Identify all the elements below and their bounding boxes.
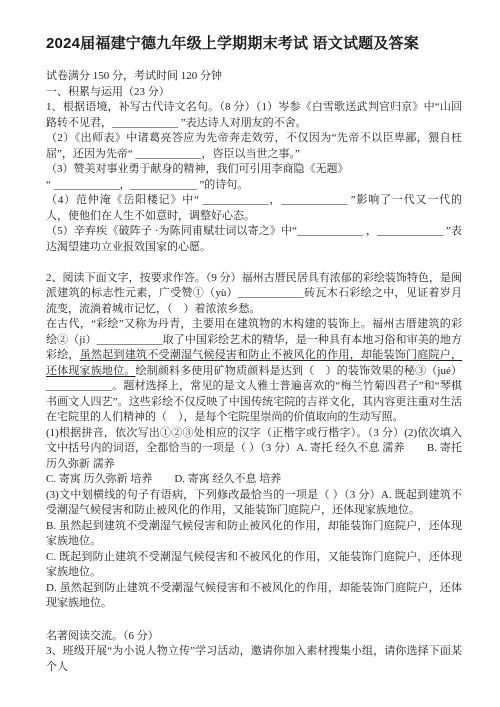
- exam-document-page: 2024届福建宁德九年级上学期期末考试 语文试题及答案 试卷满分 150 分，考…: [0, 0, 500, 707]
- q1-line-3b: “ ____________，____________ ”的诗句。: [46, 178, 462, 194]
- q2-option-c: C. 既起到防止建筑不受潮湿气候侵害和不被风化的作用，又能装饰门庭院户，还体现家…: [46, 550, 462, 581]
- q1-line-2: （2）《出师表》中诸葛亮答应为先帝奔走效劳，不仅因为“先帝不以臣卑鄙，猥自枉屈”…: [46, 131, 462, 162]
- q2-option-d: D. 虽然起到防止建筑不受潮湿气候侵害和不被风化的作用，却能装饰门庭院户，还体现…: [46, 581, 462, 612]
- q1-line-5: （5）辛弃疾《破阵子 ·为陈同甫赋壮词以寄之》中“____________ ，_…: [46, 224, 462, 255]
- q2-intro: 2、阅读下面文字，按要求作答。（9 分）福州古厝民居具有浓郁的彩绘装饰特色，是闽…: [46, 271, 462, 318]
- q1-line-1: 1、根据语境，补写古代诗文名句。（8 分）（1）岑参《白雪歌送武判官归京》中“山…: [46, 100, 462, 131]
- q1-line-4: （4）范仲淹《岳阳楼记》中“ ____________，____________…: [46, 193, 462, 224]
- q2-sub-questions-1-2: (1)根据拼音，依次写出①②③处相应的汉字（正楷字或行楷字）。（3 分）(2)依…: [46, 426, 462, 473]
- q2-option-b: B. 虽然起到建筑不受潮湿气候侵害和防止被风化的作用，却能装饰门庭院户，还体现家…: [46, 519, 462, 550]
- q2-options-c-d: C. 寄寓 历久弥新 培养 D. 寄寓 经久不息 培养: [46, 472, 462, 488]
- q1-line-3a: （3）赞美对事业勇于献身的精神，我们可引用李商隐《无题》: [46, 162, 462, 178]
- q3-intro: 3、班级开展“为小说人物立传”学习活动，邀请你加入素材搜集小组，请你选择下面某个…: [46, 644, 462, 675]
- q2-body-paragraph: 在古代，“彩绘”又称为丹青，主要用在建筑物的木构建的装饰上。福州古厝建筑的彩绘②…: [46, 317, 462, 426]
- exam-meta-line: 试卷满分 150 分，考试时间 120 分钟: [46, 69, 462, 85]
- exam-title: 2024届福建宁德九年级上学期期末考试 语文试题及答案: [46, 34, 462, 53]
- exam-body: 试卷满分 150 分，考试时间 120 分钟 一、积累与运用（23 分） 1、根…: [46, 69, 462, 675]
- q3-heading: 名著阅读交流。（6 分）: [46, 629, 462, 645]
- section1-heading: 一、积累与运用（23 分）: [46, 85, 462, 101]
- q2-sub-question-3-option-a: (3)文中划横线的句子有语病，下列修改最恰当的一项是（ ）（3 分）A. 既起到…: [46, 488, 462, 519]
